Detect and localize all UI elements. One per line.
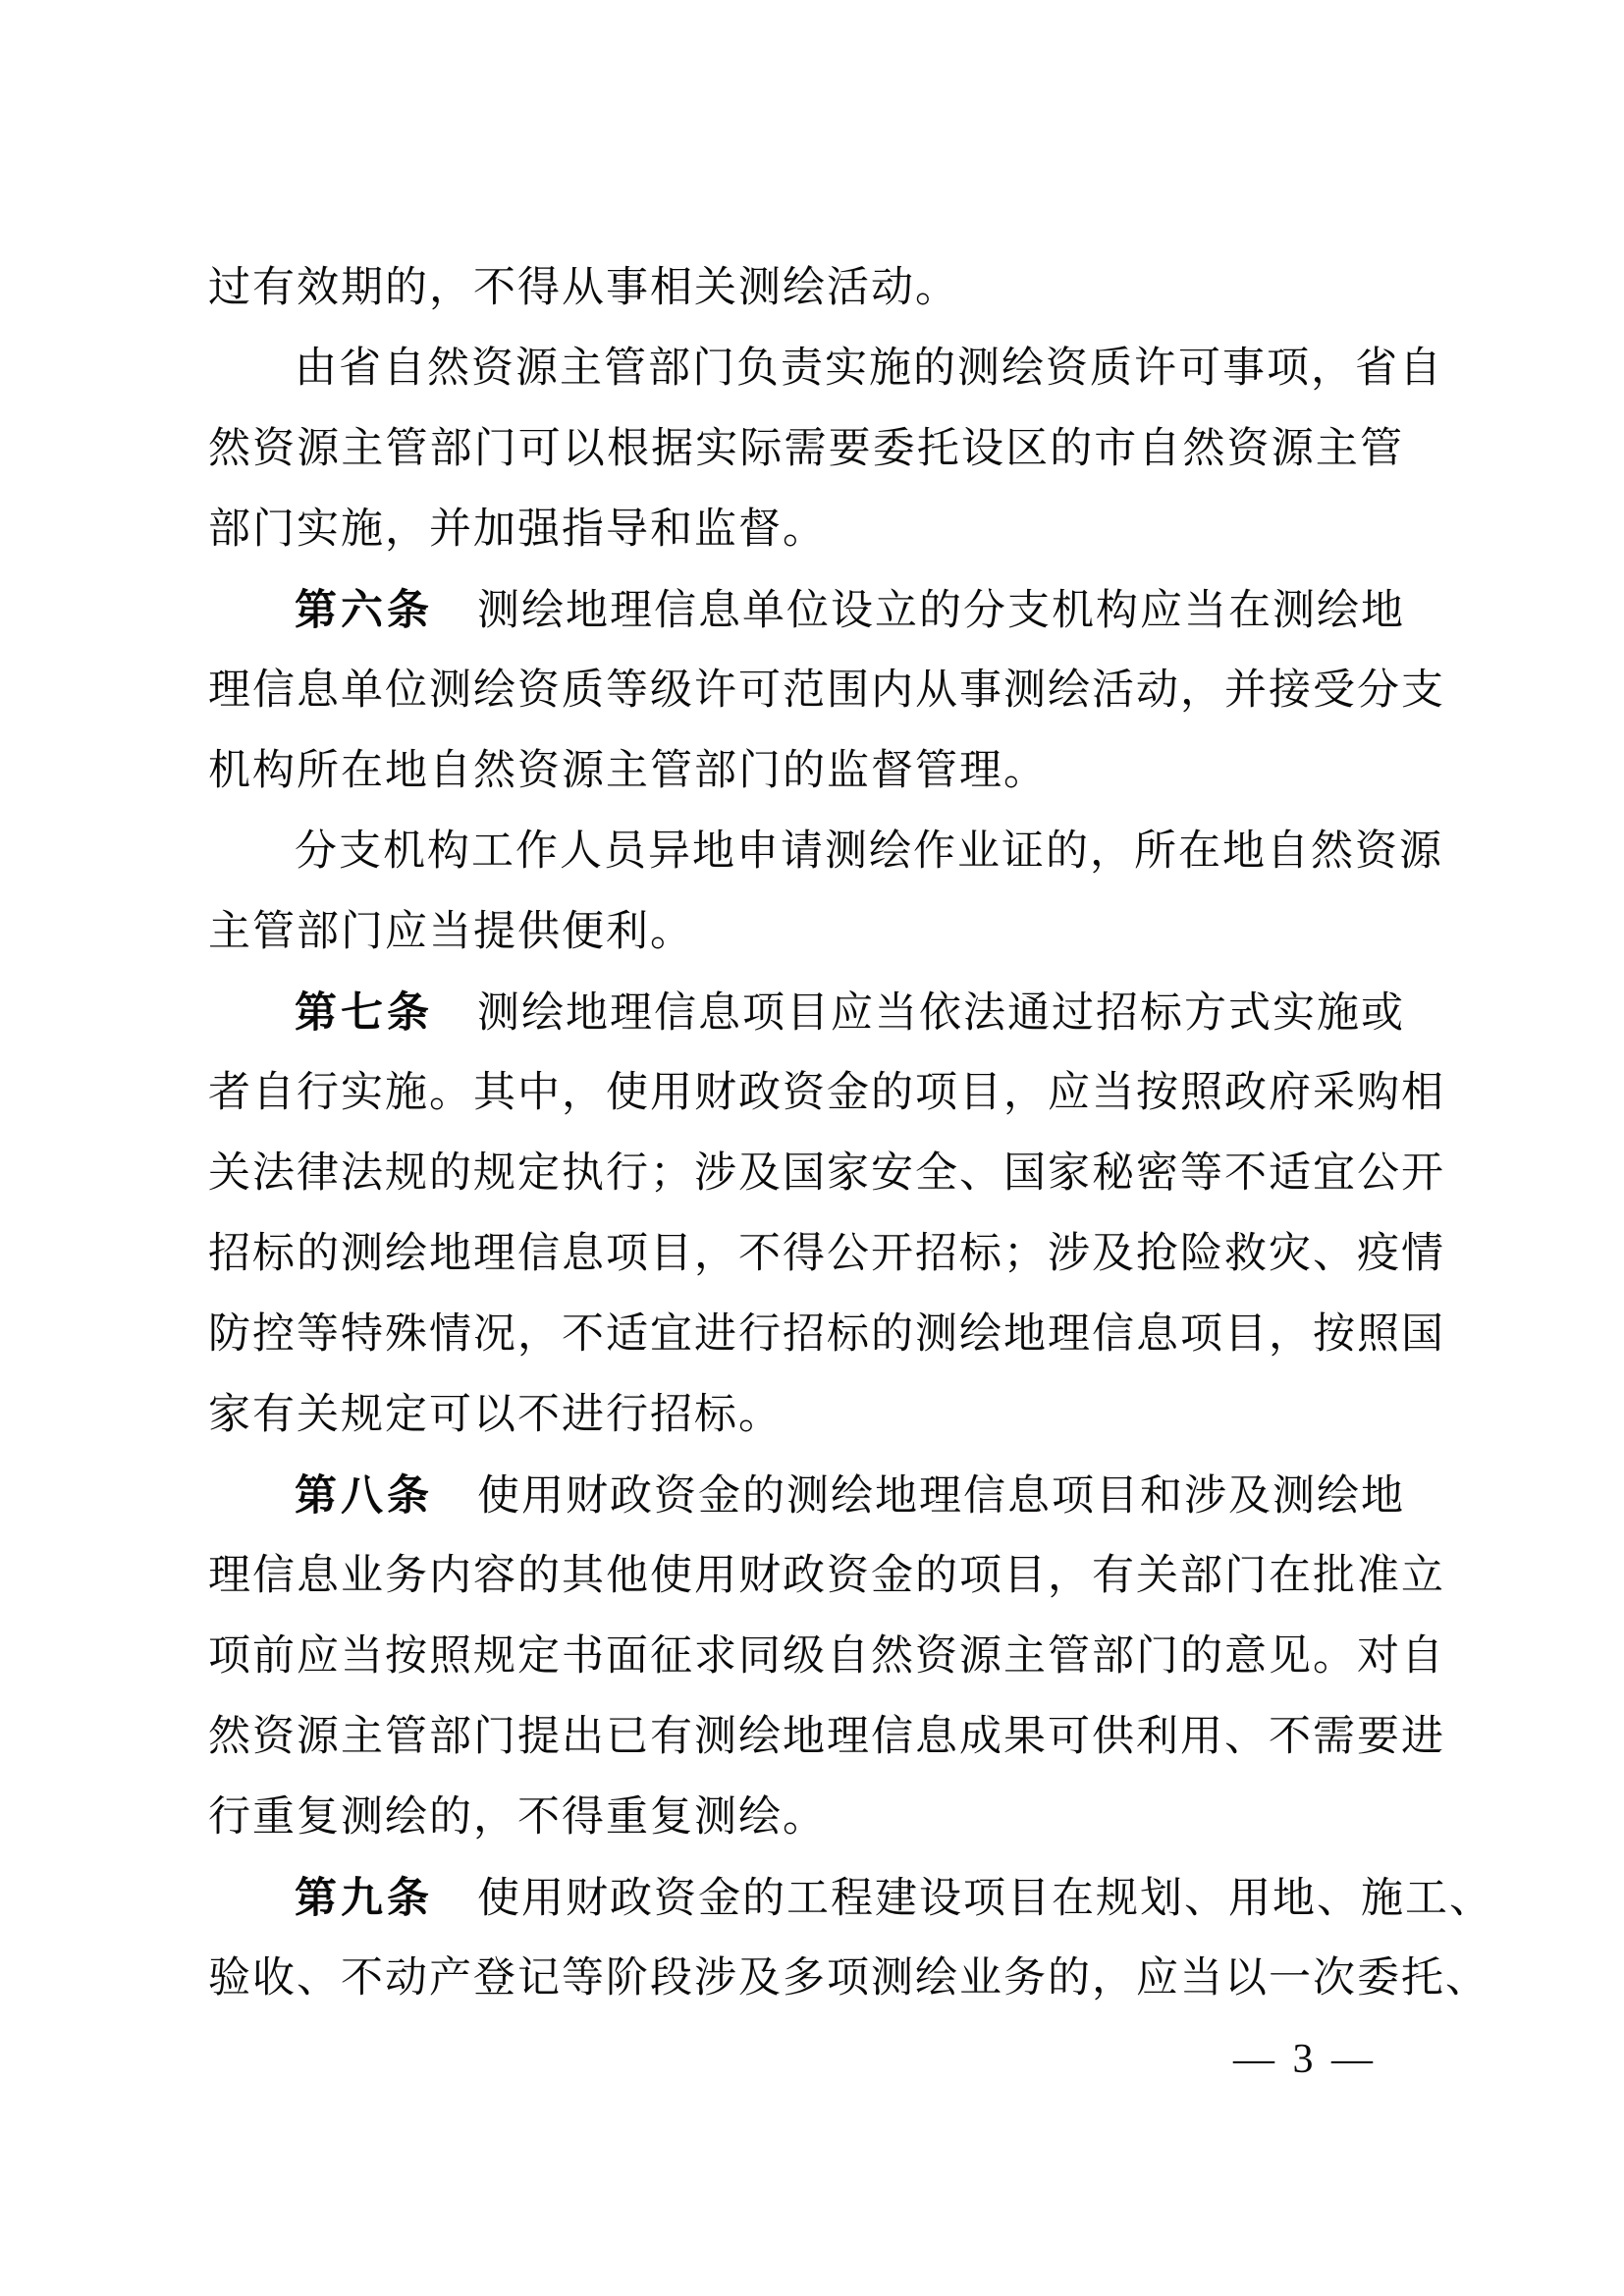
text-line: 然资源主管部门提出已有测绘地理信息成果可供利用、不需要进 [208, 1697, 1404, 1778]
text-line: 由省自然资源主管部门负责实施的测绘资质许可事项，省自 [208, 329, 1404, 409]
text-line: 者自行实施。其中，使用财政资金的项目，应当按照政府采购相 [208, 1053, 1404, 1134]
document-page: 过有效期的，不得从事相关测绘活动。由省自然资源主管部门负责实施的测绘资质许可事项… [0, 0, 1624, 2296]
text-line: 部门实施，并加强指导和监督。 [208, 490, 1404, 570]
text-segment: 机构所在地自然资源主管部门的监督管理。 [208, 748, 1048, 794]
text-segment: 验收、不动产登记等阶段涉及多项测绘业务的，应当以一次委托、 [208, 1955, 1489, 2002]
text-segment: 防控等特殊情况，不适宜进行招标的测绘地理信息项目，按照国 [208, 1311, 1445, 1358]
text-line: 防控等特殊情况，不适宜进行招标的测绘地理信息项目，按照国 [208, 1295, 1404, 1375]
text-line: 招标的测绘地理信息项目，不得公开招标；涉及抢险救灾、疫情 [208, 1214, 1404, 1295]
article-number: 第六条 [295, 587, 433, 634]
text-segment: 家有关规定可以不进行招标。 [208, 1392, 783, 1438]
paragraph: 由省自然资源主管部门负责实施的测绘资质许可事项，省自然资源主管部门可以根据实际需… [208, 329, 1404, 570]
text-line: 分支机构工作人员异地申请测绘作业证的，所在地自然资源 [208, 812, 1404, 892]
text-segment: 者自行实施。其中，使用财政资金的项目，应当按照政府采购相 [208, 1070, 1445, 1116]
text-segment: 使用财政资金的工程建设项目在规划、用地、施工、 [433, 1876, 1493, 1922]
paragraph: 第九条 使用财政资金的工程建设项目在规划、用地、施工、验收、不动产登记等阶段涉及… [208, 1858, 1404, 2019]
text-segment: 关法律法规的规定执行；涉及国家安全、国家秘密等不适宜公开 [208, 1150, 1445, 1197]
text-line: 过有效期的，不得从事相关测绘活动。 [208, 248, 1404, 329]
document-body: 过有效期的，不得从事相关测绘活动。由省自然资源主管部门负责实施的测绘资质许可事项… [208, 248, 1404, 2019]
text-line: 行重复测绘的，不得重复测绘。 [208, 1778, 1404, 1858]
paragraph: 第八条 使用财政资金的测绘地理信息项目和涉及测绘地理信息业务内容的其他使用财政资… [208, 1456, 1404, 1858]
paragraph: 过有效期的，不得从事相关测绘活动。 [208, 248, 1404, 329]
text-segment: 分支机构工作人员异地申请测绘作业证的，所在地自然资源 [295, 828, 1443, 875]
text-line: 验收、不动产登记等阶段涉及多项测绘业务的，应当以一次委托、 [208, 1939, 1404, 2019]
text-segment: 测绘地理信息单位设立的分支机构应当在测绘地 [433, 588, 1405, 634]
text-segment: 行重复测绘的，不得重复测绘。 [208, 1794, 827, 1841]
text-segment: 项前应当按照规定书面征求同级自然资源主管部门的意见。对自 [208, 1633, 1445, 1680]
paragraph: 第六条 测绘地理信息单位设立的分支机构应当在测绘地理信息单位测绘资质等级许可范围… [208, 570, 1404, 812]
text-line: 理信息单位测绘资质等级许可范围内从事测绘活动，并接受分支 [208, 651, 1404, 731]
text-line: 理信息业务内容的其他使用财政资金的项目，有关部门在批准立 [208, 1536, 1404, 1617]
text-segment: 部门实施，并加强指导和监督。 [208, 507, 827, 553]
text-line: 第九条 使用财政资金的工程建设项目在规划、用地、施工、 [208, 1858, 1404, 1939]
text-line: 项前应当按照规定书面征求同级自然资源主管部门的意见。对自 [208, 1617, 1404, 1697]
article-number: 第七条 [295, 989, 433, 1037]
text-segment: 过有效期的，不得从事相关测绘活动。 [208, 265, 959, 311]
text-segment: 招标的测绘地理信息项目，不得公开招标；涉及抢险救灾、疫情 [208, 1231, 1445, 1277]
page-number-text: — 3 — [1233, 2037, 1377, 2082]
text-segment: 然资源主管部门提出已有测绘地理信息成果可供利用、不需要进 [208, 1714, 1445, 1760]
text-segment: 理信息业务内容的其他使用财政资金的项目，有关部门在批准立 [208, 1553, 1445, 1599]
text-line: 机构所在地自然资源主管部门的监督管理。 [208, 731, 1404, 812]
text-segment: 主管部门应当提供便利。 [208, 909, 694, 955]
article-number: 第九条 [295, 1875, 433, 1922]
page-number: — 3 — [1233, 2030, 1377, 2089]
text-line: 第七条 测绘地理信息项目应当依法通过招标方式实施或 [208, 973, 1404, 1053]
text-line: 主管部门应当提供便利。 [208, 892, 1404, 973]
text-line: 第八条 使用财政资金的测绘地理信息项目和涉及测绘地 [208, 1456, 1404, 1536]
text-line: 然资源主管部门可以根据实际需要委托设区的市自然资源主管 [208, 409, 1404, 490]
text-line: 家有关规定可以不进行招标。 [208, 1375, 1404, 1456]
paragraph: 第七条 测绘地理信息项目应当依法通过招标方式实施或者自行实施。其中，使用财政资金… [208, 973, 1404, 1456]
paragraph: 分支机构工作人员异地申请测绘作业证的，所在地自然资源主管部门应当提供便利。 [208, 812, 1404, 973]
text-line: 关法律法规的规定执行；涉及国家安全、国家秘密等不适宜公开 [208, 1134, 1404, 1214]
text-segment: 测绘地理信息项目应当依法通过招标方式实施或 [433, 990, 1405, 1037]
text-segment: 理信息单位测绘资质等级许可范围内从事测绘活动，并接受分支 [208, 667, 1445, 714]
article-number: 第八条 [295, 1472, 433, 1520]
text-segment: 然资源主管部门可以根据实际需要委托设区的市自然资源主管 [208, 426, 1404, 472]
text-line: 第六条 测绘地理信息单位设立的分支机构应当在测绘地 [208, 570, 1404, 651]
text-segment: 由省自然资源主管部门负责实施的测绘资质许可事项，省自 [295, 346, 1443, 392]
text-segment: 使用财政资金的测绘地理信息项目和涉及测绘地 [433, 1473, 1405, 1520]
